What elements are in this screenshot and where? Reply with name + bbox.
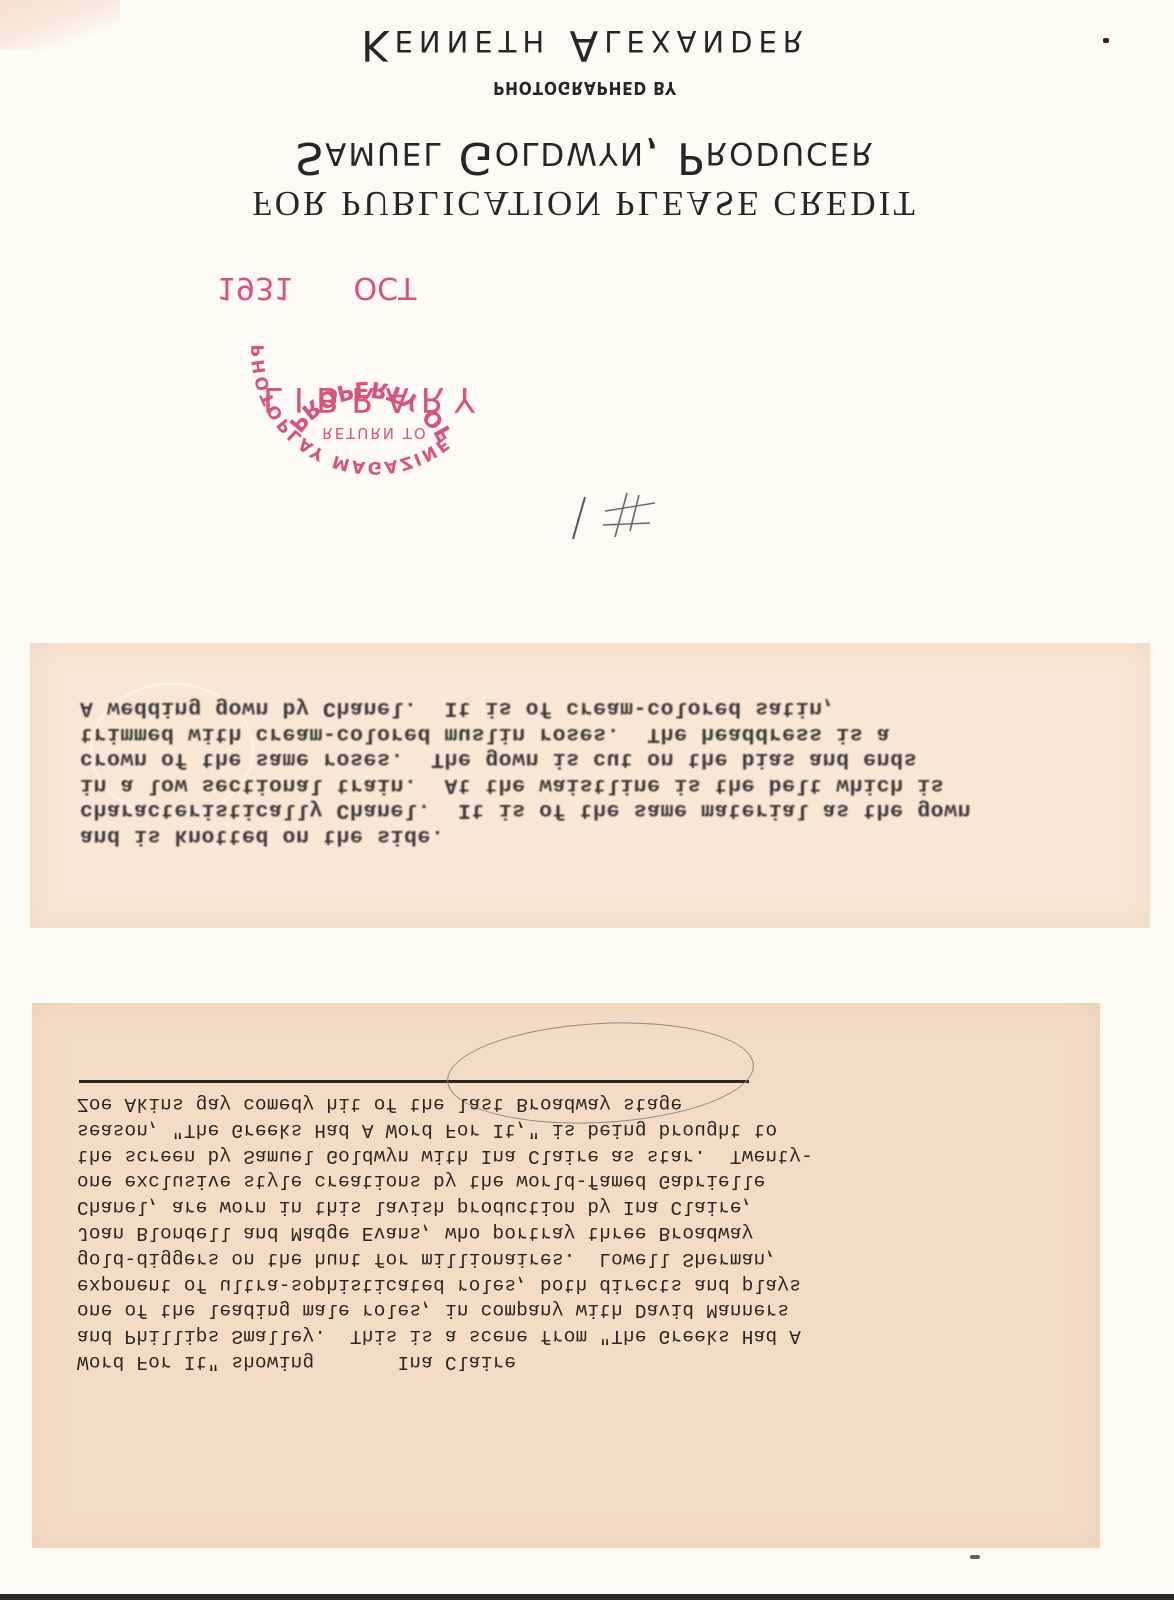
caption-line: Word For It" showing Ina Claire <box>77 1348 813 1374</box>
caption-line: trimmed with cream-colored muslin roses.… <box>80 721 971 747</box>
caption-line: and Phillips Smalley. This is a scene fr… <box>77 1322 813 1348</box>
caption-line: exponent of ultra-sophisticated roles, b… <box>77 1271 813 1297</box>
caption-text: Word For It" showing Ina Claireand Phill… <box>77 1090 813 1374</box>
producer-credit: Samuel Goldwyn, Producer <box>190 132 980 183</box>
caption-line: Chanel, are worn in this lavish producti… <box>77 1193 813 1219</box>
stamp-return-to: RETURN TO <box>322 424 427 442</box>
caption-line: in a low sectional train. At the waistli… <box>80 772 971 798</box>
caption-slip-greeks-had-a-word: Word For It" showing Ina Claireand Phill… <box>32 1003 1100 1548</box>
paper-speck <box>970 1555 980 1559</box>
pencil-mark-icon <box>555 485 675 545</box>
scan-bottom-edge <box>0 1594 1174 1600</box>
credit-block: Kenneth Alexander PHOTOGRAPHED BY Samuel… <box>190 10 980 225</box>
caption-line: one of the leading male roles, in compan… <box>77 1296 813 1322</box>
caption-line: season, "The Greeks Had A Word For It," … <box>77 1116 813 1142</box>
caption-slip-wedding-gown: and is knotted on the side.characteristi… <box>30 643 1150 928</box>
handwritten-number-mark <box>555 485 675 545</box>
publication-credit-notice: FOR PUBLICATION PLEASE CREDIT <box>190 183 980 223</box>
corner-discoloration <box>0 0 120 50</box>
caption-line: characteristically Chanel. It is of the … <box>80 797 971 823</box>
caption-line: one exclusive style creations by the wor… <box>77 1167 813 1193</box>
caption-line: the screen by Samuel Goldwyn with Ina Cl… <box>77 1142 813 1168</box>
stamp-year: 1931 <box>217 270 293 305</box>
caption-line: and is knotted on the side. <box>80 823 971 849</box>
library-stamp: PROPERTY OF RETURN TO LIBRARY PHOTOPLAY … <box>225 270 485 550</box>
caption-line: gold-diggers on the hunt for millionaire… <box>77 1245 813 1271</box>
photographer-name: Kenneth Alexander <box>190 21 980 70</box>
ink-speck <box>1103 38 1109 43</box>
stamp-month: OCT <box>354 270 418 305</box>
caption-line: Zoe Akins gay comedy hit of the last Bro… <box>77 1090 813 1116</box>
caption-line: crown of the same roses. The gown is cut… <box>80 746 971 772</box>
photographed-by-label: PHOTOGRAPHED BY <box>249 77 921 98</box>
caption-line: Joan Blondell and Madge Evans, who portr… <box>77 1219 813 1245</box>
stamp-library: LIBRARY <box>263 379 487 419</box>
caption-line: A wedding gown by Chanel. It is of cream… <box>80 695 971 721</box>
caption-text: and is knotted on the side.characteristi… <box>80 695 971 848</box>
stamp-graphic: PROPERTY OF RETURN TO LIBRARY PHOTOPLAY … <box>225 270 485 550</box>
